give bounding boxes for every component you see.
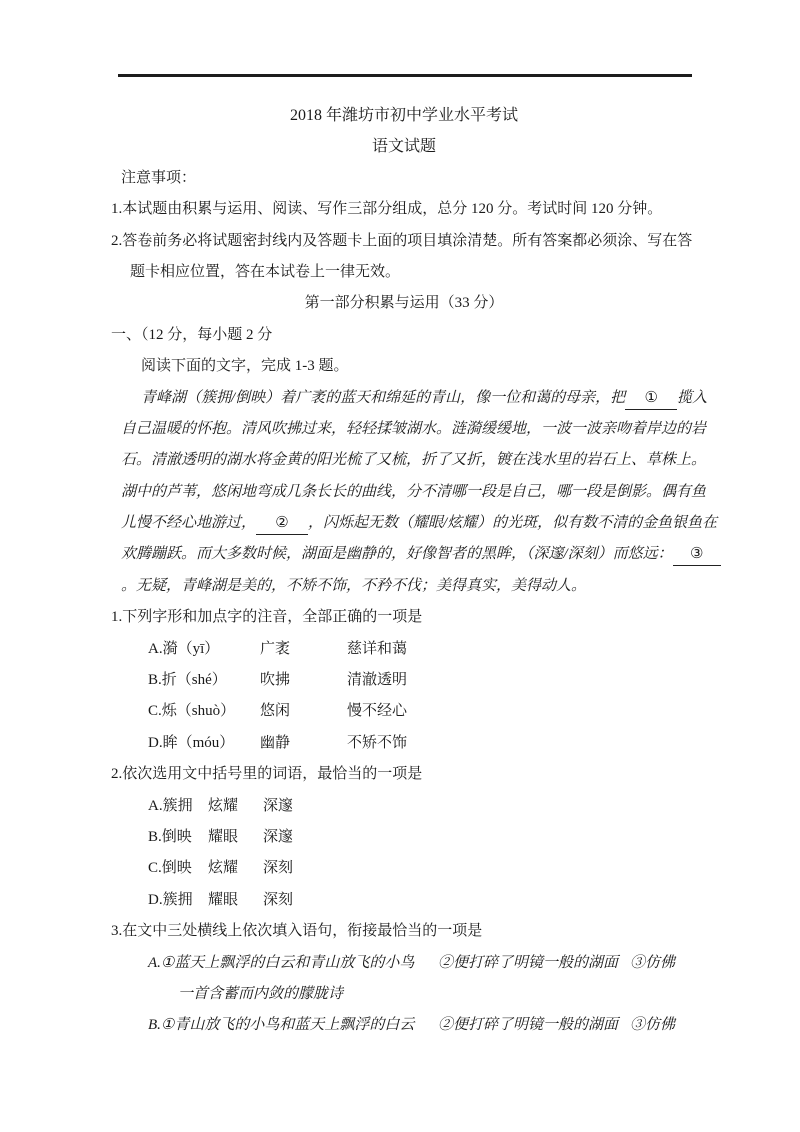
option-word: 炫耀: [208, 791, 263, 822]
header-rule: [118, 74, 692, 77]
option-word: 耀眼: [208, 822, 263, 853]
passage-text: 欢腾蹦跃。而大多数时候，湖面是幽静的，好像智者的黑眸，（深邃/深刻）而悠远：: [121, 546, 673, 562]
passage-line-3: 石。清澈透明的湖水将金黄的阳光梳了又梳，折了又折，镀在浅水里的岩石上、草株上。: [121, 445, 687, 476]
question-2-option-c: C.倒映炫耀深刻: [121, 853, 687, 884]
option-word: 幽静: [260, 728, 347, 759]
option-clause-1: A.①蓝天上飘浮的白云和青山放飞的小鸟: [148, 948, 438, 979]
fill-blank-3: ③: [673, 546, 721, 566]
option-clause-3: ③仿佛: [630, 1017, 675, 1033]
option-word: 深邃: [263, 798, 293, 814]
fill-blank-1: ①: [625, 390, 677, 410]
option-word: 广袤: [260, 634, 347, 665]
passage-line-5: 儿慢不经心地游过，②，闪烁起无数（耀眼/炫耀）的光斑，似有数不清的金鱼银鱼在: [121, 508, 687, 539]
option-pinyin: D.眸（móu）: [148, 728, 260, 759]
option-word: 深邃: [263, 829, 293, 845]
question-2-option-b: B.倒映耀眼深邃: [121, 822, 687, 853]
section-heading: 第一部分积累与运用（33 分）: [121, 288, 687, 319]
exam-paper-page: 2018 年潍坊市初中学业水平考试 语文试题 注意事项： 1.本试题由积累与运用…: [0, 0, 800, 1132]
passage-text: 儿慢不经心地游过，: [121, 515, 256, 531]
section-subheading: 一、（12 分，每小题 2 分: [111, 320, 687, 351]
exam-title: 2018 年潍坊市初中学业水平考试: [121, 100, 687, 131]
option-word: D.簇拥: [148, 885, 208, 916]
question-1-option-b: B.折（shé）吹拂清澈透明: [121, 665, 687, 696]
question-3-option-a-continuation: 一首含蓄而内敛的朦胧诗: [121, 979, 687, 1010]
notice-item-2-line-2: 题卡相应位置，答在本试卷上一律无效。: [121, 257, 687, 288]
option-pinyin: A.漪（yī）: [148, 634, 260, 665]
passage-line-6: 欢腾蹦跃。而大多数时候，湖面是幽静的，好像智者的黑眸，（深邃/深刻）而悠远：③: [121, 539, 687, 570]
exam-subtitle: 语文试题: [121, 131, 687, 162]
option-word: C.倒映: [148, 853, 208, 884]
option-word: B.倒映: [148, 822, 208, 853]
question-1-option-d: D.眸（móu）幽静不矫不饰: [121, 728, 687, 759]
option-word: 耀眼: [208, 885, 263, 916]
question-3-option-b: B.①青山放飞的小鸟和蓝天上飘浮的白云②便打碎了明镜一般的湖面③仿佛: [121, 1010, 687, 1041]
question-2-option-d: D.簇拥耀眼深刻: [121, 885, 687, 916]
question-3-stem: 3.在文中三处横线上依次填入语句，衔接最恰当的一项是: [111, 916, 687, 947]
passage-text: ，闪烁起无数（耀眼/炫耀）的光斑，似有数不清的金鱼银鱼在: [308, 515, 717, 531]
option-word: 炫耀: [208, 853, 263, 884]
question-1-stem: 1.下列字形和加点字的注音，全部正确的一项是: [111, 602, 687, 633]
option-phrase: 不矫不饰: [347, 735, 407, 751]
passage-line-4: 湖中的芦苇，悠闲地弯成几条长长的曲线，分不清哪一段是自己，哪一段是倒影。偶有鱼: [121, 477, 687, 508]
notice-heading: 注意事项：: [121, 163, 687, 194]
option-phrase: 清澈透明: [347, 672, 407, 688]
reading-instruction: 阅读下面的文字，完成 1-3 题。: [121, 351, 687, 382]
question-2-stem: 2.依次选用文中括号里的词语，最恰当的一项是: [111, 759, 687, 790]
option-clause-2: ②便打碎了明镜一般的湖面: [438, 1010, 630, 1041]
passage-text: 青峰湖（簇拥/倒映）着广袤的蓝天和绵延的青山，像一位和蔼的母亲，把: [141, 390, 625, 406]
question-3-option-a: A.①蓝天上飘浮的白云和青山放飞的小鸟②便打碎了明镜一般的湖面③仿佛: [121, 948, 687, 979]
passage-line-1: 青峰湖（簇拥/倒映）着广袤的蓝天和绵延的青山，像一位和蔼的母亲，把①揽入: [121, 383, 687, 414]
document-body: 2018 年潍坊市初中学业水平考试 语文试题 注意事项： 1.本试题由积累与运用…: [121, 100, 687, 1042]
option-pinyin: B.折（shé）: [148, 665, 260, 696]
passage-text: 揽入: [677, 390, 707, 406]
option-word: A.簇拥: [148, 791, 208, 822]
option-phrase: 慢不经心: [347, 703, 407, 719]
question-1-option-a: A.漪（yī）广袤慈详和蔼: [121, 634, 687, 665]
option-word: 悠闲: [260, 696, 347, 727]
fill-blank-2: ②: [256, 515, 308, 535]
option-clause-3: ③仿佛: [630, 955, 675, 971]
question-2-option-a: A.簇拥炫耀深邃: [121, 791, 687, 822]
option-word: 深刻: [263, 860, 293, 876]
option-phrase: 慈详和蔼: [347, 641, 407, 657]
passage-line-7: 。无疑，青峰湖是美的，不矫不饰，不矜不伐；美得真实，美得动人。: [121, 571, 687, 602]
notice-item-1: 1.本试题由积累与运用、阅读、写作三部分组成，总分 120 分。考试时间 120…: [111, 194, 687, 225]
question-1-option-c: C.烁（shuò）悠闲慢不经心: [121, 696, 687, 727]
option-word: 深刻: [263, 892, 293, 908]
option-clause-2: ②便打碎了明镜一般的湖面: [438, 948, 630, 979]
notice-item-2-line-1: 2.答卷前务必将试题密封线内及答题卡上面的项目填涂清楚。所有答案都必须涂、写在答: [111, 226, 687, 257]
option-pinyin: C.烁（shuò）: [148, 696, 260, 727]
option-clause-1: B.①青山放飞的小鸟和蓝天上飘浮的白云: [148, 1010, 438, 1041]
passage-line-2: 自己温暖的怀抱。清风吹拂过来，轻轻揉皱湖水。涟漪缓缓地，一波一波亲吻着岸边的岩: [121, 414, 687, 445]
option-word: 吹拂: [260, 665, 347, 696]
